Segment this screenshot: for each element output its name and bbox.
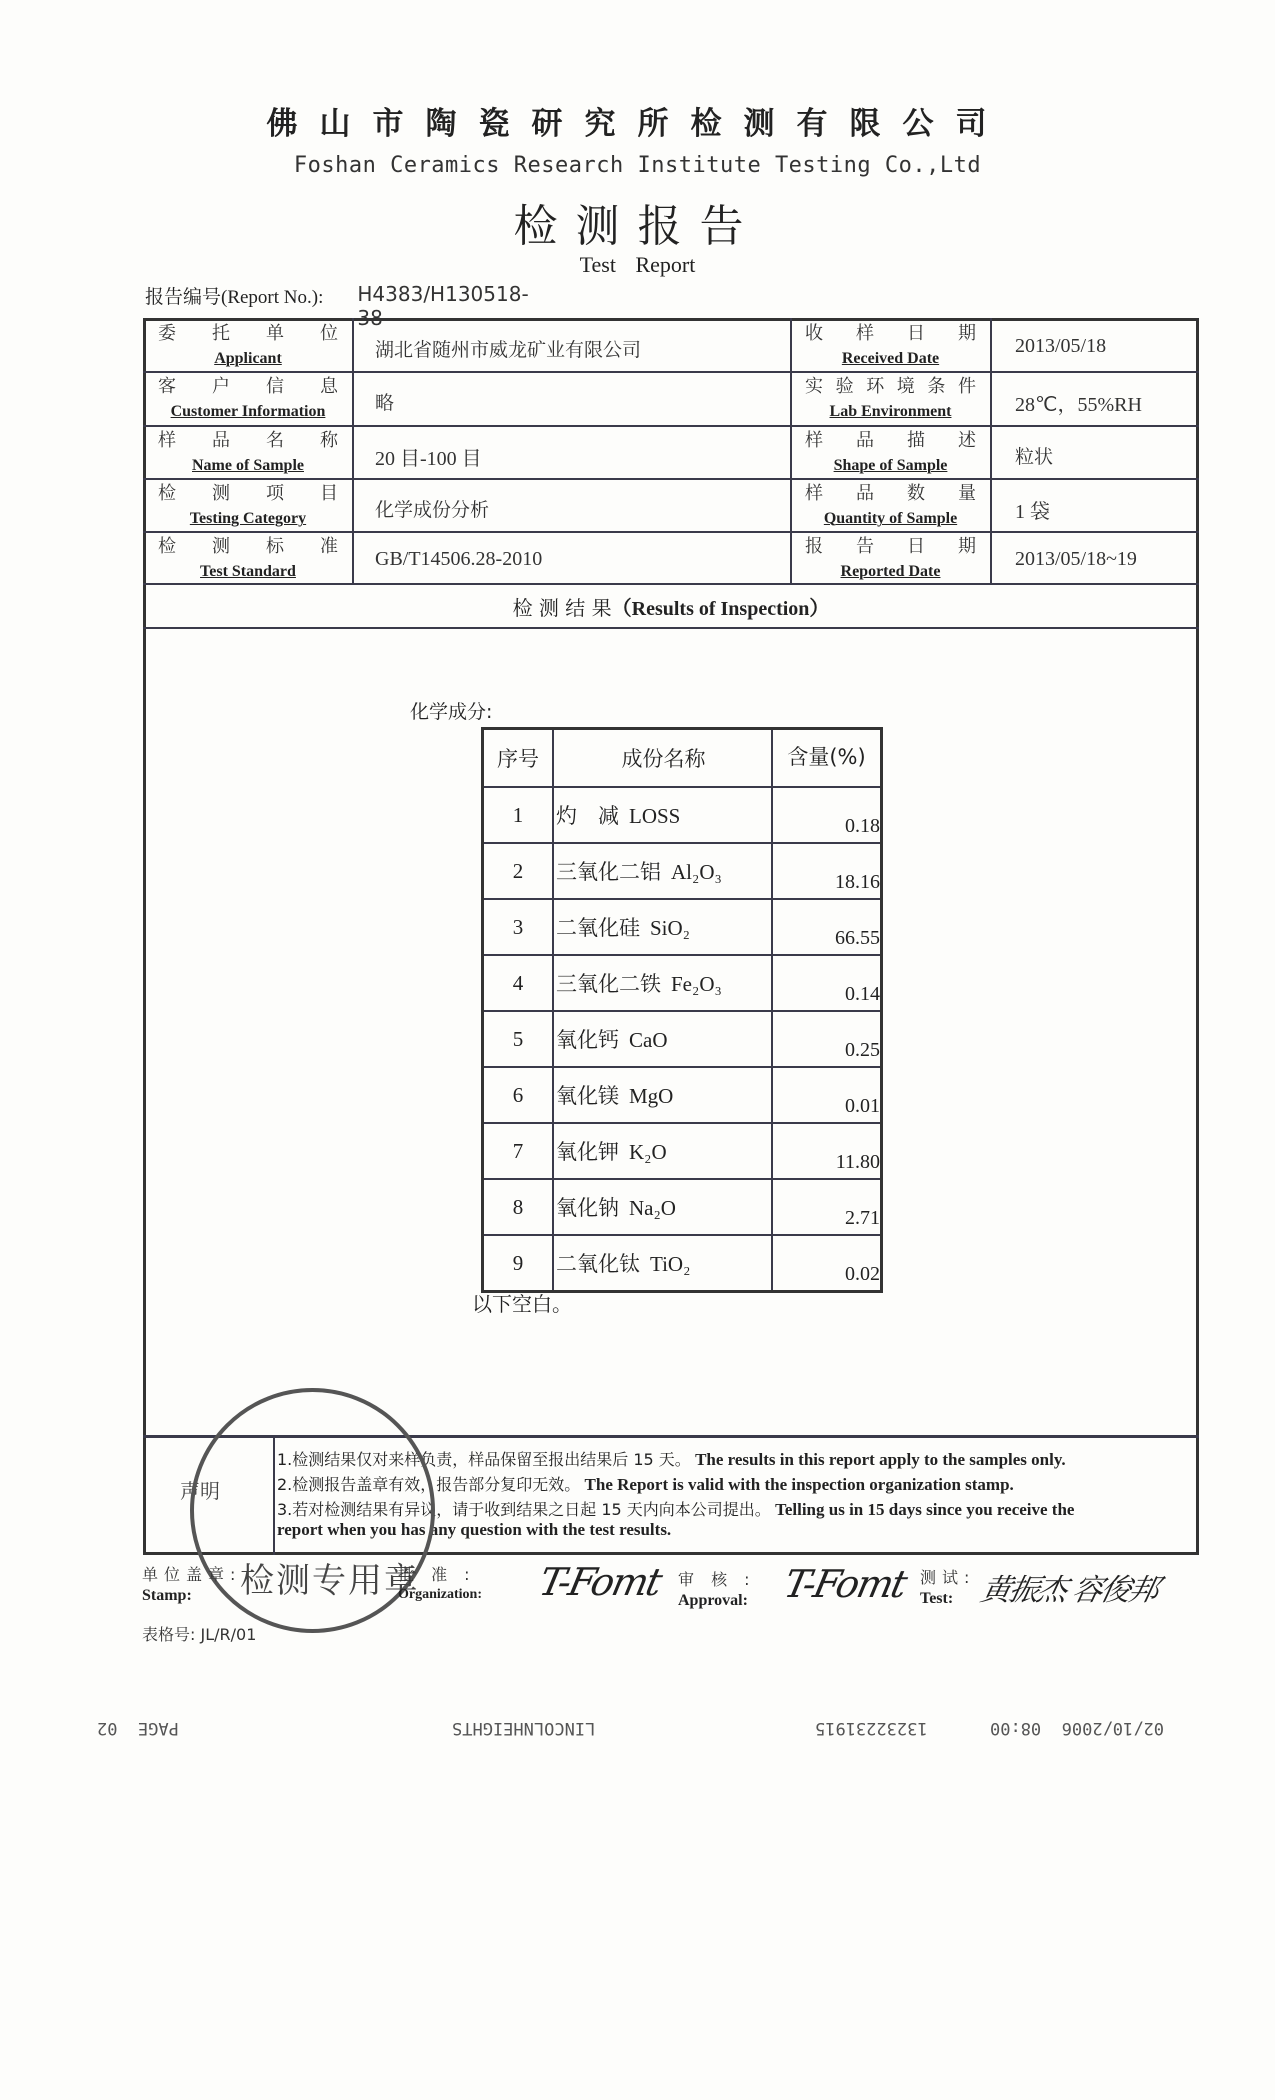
fax-datetime: 02/10/2006 08:00 [990,1718,1164,1738]
content-percent: 11.80 [772,1123,882,1179]
content-percent: 66.55 [772,899,882,955]
field-value-shape-of-sample: 粒状 [1015,442,1053,469]
table-row: 5氧化钙CaO0.25 [483,1011,882,1067]
field-label-name-of-sample: 样品名称Name of Sample [146,428,350,474]
table-divider [143,531,1199,533]
table-divider [143,425,1199,427]
component-name: 三氧化二铁Fe₂O₃ [553,955,772,1011]
table-header-row: 序号 成份名称 含量(%) [483,729,882,788]
table-divider [143,627,1199,629]
table-divider [143,583,1199,585]
row-number: 3 [483,899,554,955]
blank-below-note: 以下空白。 [472,1288,572,1317]
table-divider [990,318,992,583]
row-number: 5 [483,1011,554,1067]
table-row: 6氧化镁MgO0.01 [483,1067,882,1123]
field-label-test-standard: 检测标准Test Standard [146,534,350,580]
table-row: 8氧化钠Na₂O2.71 [483,1179,882,1235]
table-row: 7氧化钾K₂O11.80 [483,1123,882,1179]
content-percent: 0.18 [772,787,882,843]
table-divider [352,318,354,583]
content-percent: 0.25 [772,1011,882,1067]
stamp-label: 单位盖章: Stamp: [142,1565,241,1607]
test-signature: 黄振杰 容俊邦 [977,1565,1162,1609]
component-name: 三氧化二铝Al₂O₃ [553,843,772,899]
row-number: 4 [483,955,554,1011]
row-number: 6 [483,1067,554,1123]
company-name-cn: 佛山市陶瓷研究所检测有限公司 [0,98,1275,143]
content-percent: 2.71 [772,1179,882,1235]
content-percent: 0.01 [772,1067,882,1123]
table-row: 4三氧化二铁Fe₂O₃0.14 [483,955,882,1011]
table-row: 3二氧化硅SiO₂66.55 [483,899,882,955]
report-number-label: 报告编号(Report No.): [145,287,323,308]
table-row: 9二氧化钛TiO₂0.02 [483,1235,882,1292]
chemical-composition-label: 化学成分: [410,697,492,724]
organization-signature: T-Fomt [535,1560,664,1604]
row-number: 8 [483,1179,554,1235]
column-header-no: 序号 [483,729,554,788]
field-label-quantity-of-sample: 样品数量Quantity of Sample [793,481,988,527]
field-value-applicant: 湖北省随州市威龙矿业有限公司 [375,335,641,362]
results-title: 检 测 结 果（Results of Inspection） [143,592,1199,621]
table-divider [790,318,792,583]
content-percent: 18.16 [772,843,882,899]
component-name: 二氧化硅SiO₂ [553,899,772,955]
field-value-reported-date: 2013/05/18~19 [1015,548,1137,571]
field-label-applicant: 委托单位Applicant [146,321,350,367]
field-label-testing-category: 检测项目Testing Category [146,481,350,527]
component-name: 氧化钾K₂O [553,1123,772,1179]
field-label-received-date: 收样日期Received Date [793,321,988,367]
field-label-reported-date: 报告日期Reported Date [793,534,988,580]
field-value-test-standard: GB/T14506.28-2010 [375,548,542,571]
field-value-testing-category: 化学成份分析 [375,495,489,522]
field-value-customer-information: 略 [375,388,394,415]
table-row: 2三氧化二铝Al₂O₃18.16 [483,843,882,899]
content-percent: 0.02 [772,1235,882,1292]
seal-text: 检测专用章 [240,1553,420,1602]
field-value-name-of-sample: 20 目-100 目 [375,442,482,471]
table-divider [143,478,1199,480]
component-name: 灼 减LOSS [553,787,772,843]
table-divider [143,371,1199,373]
row-number: 9 [483,1235,554,1292]
component-name: 氧化钠Na₂O [553,1179,772,1235]
approval-label: 审 核 : Approval: [678,1570,756,1612]
field-label-lab-environment: 实验环境条件Lab Environment [793,374,988,420]
results-title-en: （Results of Inspection） [612,598,830,620]
field-value-quantity-of-sample: 1 袋 [1015,495,1050,524]
content-percent: 0.14 [772,955,882,1011]
form-number: 表格号: JL/R/01 [142,1622,256,1645]
column-header-content: 含量(%) [772,729,882,788]
field-label-shape-of-sample: 样品描述Shape of Sample [793,428,988,474]
report-number: 报告编号(Report No.):H4383/H130518-38 [145,282,323,309]
field-label-customer-information: 客户信息Customer Information [146,374,350,420]
fax-page: PAGE 02 [97,1718,179,1738]
row-number: 1 [483,787,554,843]
field-value-received-date: 2013/05/18 [1015,335,1106,358]
fax-sender: LINCOLNHEIGHTS [452,1718,595,1738]
column-header-name: 成份名称 [553,729,772,788]
component-name: 氧化钙CaO [553,1011,772,1067]
component-name: 氧化镁MgO [553,1067,772,1123]
field-value-lab-environment: 28℃，55%RH [1015,388,1142,417]
report-title-cn: 检测报告 [0,190,1275,254]
test-label: 测试: Test: [920,1568,975,1610]
company-name-en: Foshan Ceramics Research Institute Testi… [0,153,1275,178]
fax-number: 13232231915 [815,1718,928,1738]
table-row: 1灼 减LOSS0.18 [483,787,882,843]
row-number: 7 [483,1123,554,1179]
chemical-composition-table: 序号 成份名称 含量(%) 1灼 减LOSS0.182三氧化二铝Al₂O₃18.… [481,727,883,1293]
component-name: 二氧化钛TiO₂ [553,1235,772,1292]
organization-label: 批 准 : Organization: [398,1565,482,1604]
row-number: 2 [483,843,554,899]
report-title-en: Test Report [0,252,1275,278]
results-title-cn: 检 测 结 果 [513,596,612,620]
approval-signature: T-Fomt [780,1562,909,1606]
